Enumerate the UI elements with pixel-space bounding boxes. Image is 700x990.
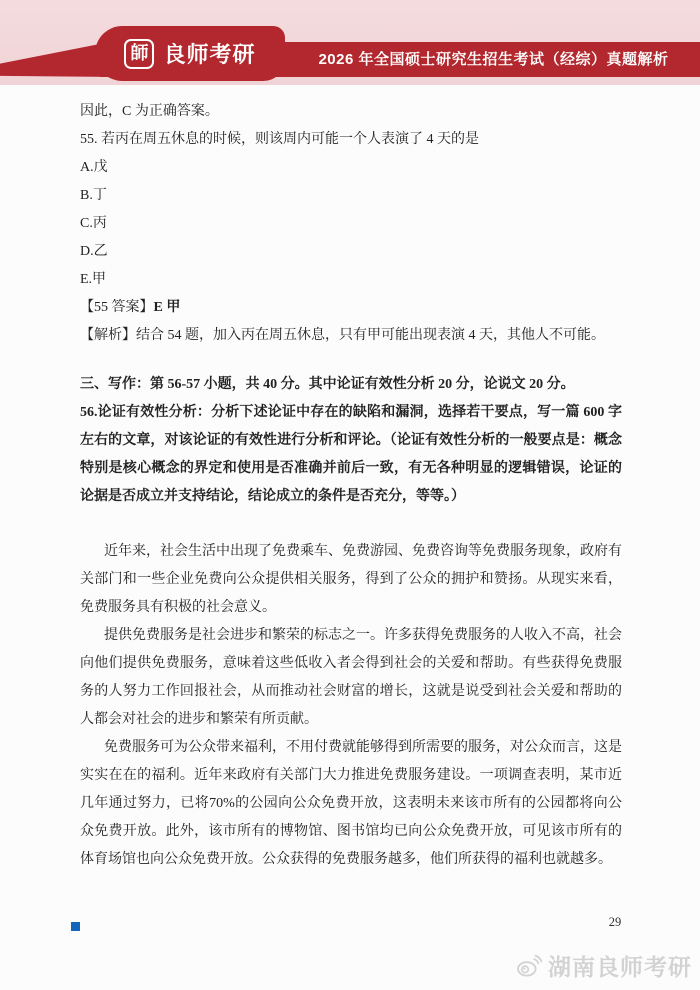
brand-logo: 師 良师考研: [95, 26, 285, 81]
section-heading: 三、写作：第 56-57 小题，共 40 分。其中论证有效性分析 20 分，论说…: [80, 371, 622, 399]
essay-paragraph-1: 近年来，社会生活中出现了免费乘车、免费游园、免费咨询等免费服务现象，政府有关部门…: [80, 538, 622, 622]
answer-line: 【55 答案】E 甲: [80, 294, 622, 322]
brand-name: 良师考研: [163, 38, 255, 69]
document-title: 2026 年全国硕士研究生招生考试（经综）真题解析: [295, 42, 692, 77]
option-a: A.戊: [80, 154, 622, 182]
option-c: C.丙: [80, 210, 622, 238]
essay-paragraph-3: 免费服务可为公众带来福利，不用付费就能够得到所需要的服务，对公众而言，这是实实在…: [80, 734, 622, 874]
essay-paragraph-2: 提供免费服务是社会进步和繁荣的标志之一。许多获得免费服务的人收入不高，社会向他们…: [80, 622, 622, 734]
option-b: B.丁: [80, 182, 622, 210]
footer-marker-square: [71, 922, 80, 931]
document-body: 因此，C 为正确答案。 55. 若丙在周五休息的时候，则该周内可能一个人表演了 …: [0, 84, 700, 874]
conclusion-line: 因此，C 为正确答案。: [80, 98, 622, 126]
brand-seal-icon: 師: [124, 39, 154, 69]
answer-value: E 甲: [154, 300, 181, 315]
essay-material: 近年来，社会生活中出现了免费乘车、免费游园、免费咨询等免费服务现象，政府有关部门…: [80, 538, 622, 874]
exam-solution-page: 2026 年全国硕士研究生招生考试（经综）真题解析 師 良师考研 因此，C 为正…: [0, 0, 700, 990]
answer-label: 【55 答案】: [80, 300, 154, 315]
option-d: D.乙: [80, 238, 622, 266]
question-55: 55. 若丙在周五休息的时候，则该周内可能一个人表演了 4 天的是: [80, 126, 622, 154]
page-number: 29: [598, 908, 632, 936]
watermark: 湖南良师考研: [516, 948, 692, 982]
option-e: E.甲: [80, 266, 622, 294]
watermark-text: 湖南良师考研: [548, 949, 692, 982]
weibo-icon: [516, 952, 543, 979]
question-56-intro: 56.论证有效性分析：分析下述论证中存在的缺陷和漏洞，选择若干要点，写一篇 60…: [80, 399, 622, 511]
analysis-line: 【解析】结合 54 题，加入丙在周五休息，只有甲可能出现表演 4 天，其他人不可…: [80, 322, 622, 350]
